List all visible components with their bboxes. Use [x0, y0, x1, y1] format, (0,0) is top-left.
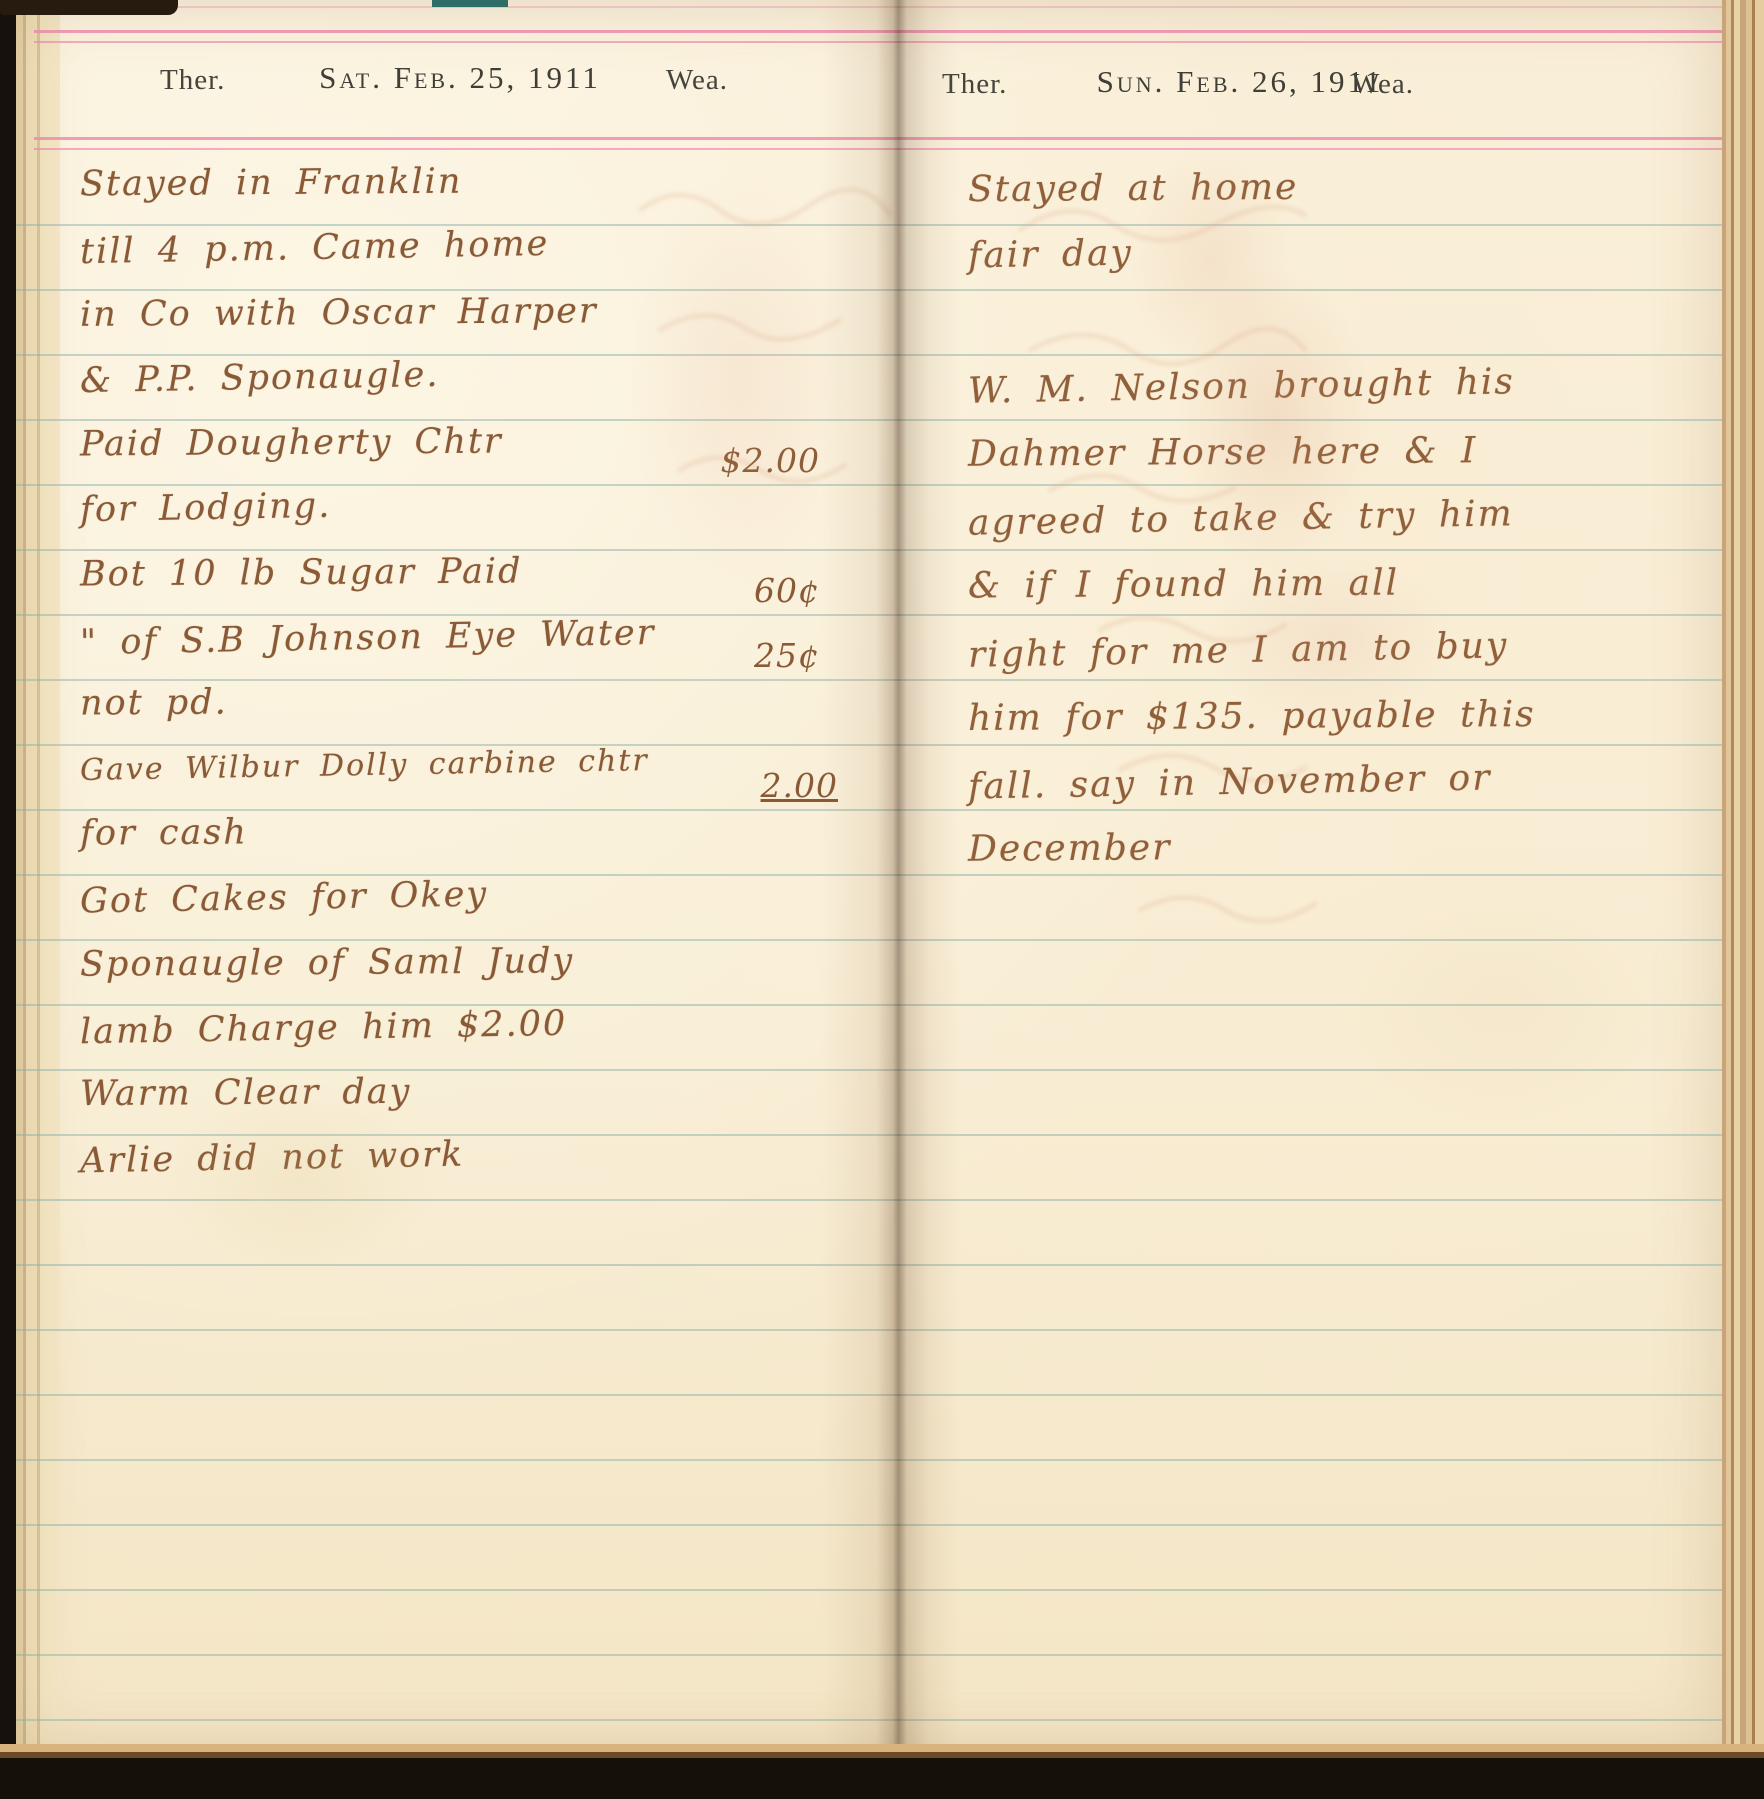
entry-line: agreed to take & try him: [968, 498, 1706, 564]
entry-line-text: fair day: [968, 233, 1134, 277]
entry-line-text: December: [968, 827, 1172, 869]
right-page-entry: Stayed at home fair day W. M. Nelson bro…: [968, 168, 1706, 894]
entry-line: fair day: [968, 234, 1706, 300]
entry-line: Stayed in Franklin: [80, 163, 842, 228]
entry-line-text: for cash: [80, 812, 248, 853]
entry-line: Sponaugle of Saml Judy: [80, 943, 842, 1008]
entry-line-text: Stayed in Franklin: [80, 162, 463, 205]
entry-line-text: agreed to take & try him: [968, 493, 1514, 544]
entry-line: Bot 10 lb Sugar Paid60¢: [80, 553, 842, 618]
entry-line: in Co with Oscar Harper: [80, 293, 842, 358]
entry-line: Dahmer Horse here & I: [968, 432, 1706, 498]
entry-line: Got Cakes for Okey: [80, 878, 842, 943]
stacked-page-edges-right: [1722, 0, 1764, 1758]
entry-line: for Lodging.: [80, 488, 842, 553]
entry-line-text: W. M. Nelson brought his: [968, 361, 1516, 412]
right-wea-label: Wea.: [1352, 68, 1414, 101]
entry-line: Gave Wilbur Dolly carbine chtr2.00: [80, 748, 842, 813]
entry-line: & if I found him all: [968, 564, 1706, 630]
diary-scan: Ther. Sat. Feb. 25, 1911 Wea. Stayed in …: [0, 0, 1764, 1799]
entry-line-text: fall. say in November or: [968, 757, 1492, 807]
entry-line: W. M. Nelson brought his: [968, 366, 1706, 432]
entry-line-amount: 25¢: [754, 636, 820, 675]
entry-line-amount: 60¢: [754, 571, 820, 610]
entry-line-text: Sponaugle of Saml Judy: [80, 941, 574, 984]
entry-line: " of S.B Johnson Eye Water25¢: [80, 618, 842, 683]
entry-line-text: lamb Charge him $2.00: [80, 1004, 568, 1052]
book-spine-edge: [0, 0, 16, 1799]
entry-line-amount: $2.00: [721, 441, 820, 480]
entry-line-text: & P.P. Sponaugle.: [80, 355, 440, 401]
entry-line: right for me I am to buy: [968, 630, 1706, 696]
entry-line-text: Arlie did not work: [80, 1135, 465, 1182]
entry-line: him for $135. payable this: [968, 696, 1706, 762]
entry-line: fall. say in November or: [968, 762, 1706, 828]
entry-line-text: right for me I am to buy: [968, 625, 1509, 675]
entry-line-text: for Lodging.: [80, 486, 332, 530]
left-page-date: Sat. Feb. 25, 1911: [295, 60, 625, 96]
page-gutter-shadow: [820, 0, 960, 1752]
scan-artifact: [432, 0, 508, 7]
entry-line: & P.P. Sponaugle.: [80, 358, 842, 423]
entry-line: Warm Clear day: [80, 1073, 842, 1138]
entry-line-text: Gave Wilbur Dolly carbine chtr: [80, 743, 649, 788]
entry-line-text: till 4 p.m. Came home: [80, 224, 550, 272]
entry-line-text: in Co with Oscar Harper: [80, 291, 598, 335]
left-page-entry: Stayed in Franklin till 4 p.m. Came home…: [80, 163, 842, 1203]
entry-line-text: not pd.: [80, 682, 228, 723]
cover-corner: [0, 0, 178, 15]
entry-line-text: " of S.B Johnson Eye Water: [80, 613, 656, 663]
entry-line: December: [968, 828, 1706, 894]
stacked-page-edges-left: [16, 0, 60, 1752]
entry-line: [968, 300, 1706, 366]
entry-line: not pd.: [80, 683, 842, 748]
entry-line: Paid Dougherty Chtr$2.00: [80, 423, 842, 488]
entry-line: Stayed at home: [968, 168, 1706, 234]
entry-line-text: Dahmer Horse here & I: [968, 430, 1478, 475]
entry-line-text: Stayed at home: [968, 167, 1299, 210]
entry-line-text: Bot 10 lb Sugar Paid: [80, 551, 523, 594]
entry-line-text: Got Cakes for Okey: [80, 874, 489, 921]
entry-line: lamb Charge him $2.00: [80, 1008, 842, 1073]
entry-line: for cash: [80, 813, 842, 878]
left-ther-label: Ther.: [160, 64, 225, 97]
entry-line-text: Warm Clear day: [80, 1072, 412, 1114]
left-wea-label: Wea.: [666, 64, 728, 97]
entry-line: Arlie did not work: [80, 1138, 842, 1203]
entry-line-text: & if I found him all: [968, 562, 1399, 606]
book-bottom-edge: [0, 1744, 1764, 1799]
entry-line-text: him for $135. payable this: [968, 694, 1536, 739]
entry-line: till 4 p.m. Came home: [80, 228, 842, 293]
entry-line-text: Paid Dougherty Chtr: [80, 422, 503, 465]
